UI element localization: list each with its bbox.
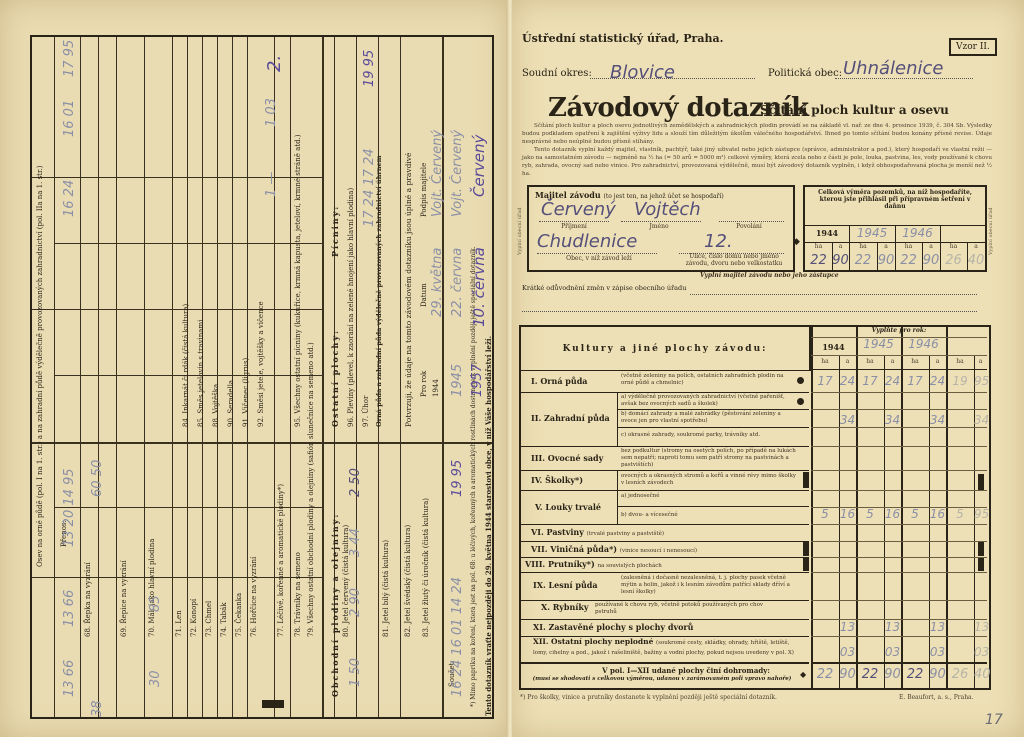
agency-name: Ústřední statistický úřad, Praha.: [522, 32, 723, 45]
row70-1945: 85: [148, 582, 163, 612]
bullet-icon: [797, 398, 804, 405]
fill-note: Vyplní majitel závodu nebo jeho zástupce: [700, 272, 839, 279]
row-69-label: 69. Řepice na vyzrání: [120, 457, 128, 637]
area-1944-a[interactable]: 90: [832, 253, 849, 268]
barren-1946-a[interactable]: 03: [929, 645, 946, 659]
carry-over-right-1957: 17 95: [62, 37, 77, 77]
meadow-b-later-ha[interactable]: 5: [946, 507, 974, 521]
owner-village[interactable]: Chudlenice: [537, 231, 637, 252]
row-81-label: 81. Jetel bílý (čistá kultura): [382, 457, 390, 637]
table-header: Kultury a jiné plochy závodu:: [521, 327, 811, 371]
table-row-meadows: V. Louky trvalé a) jednosečné b) dvou- a…: [521, 490, 809, 525]
built-1945-a[interactable]: 13: [884, 620, 901, 634]
carry-over-right-1944: 16 24: [62, 157, 77, 217]
row80a-1945: 2 90: [348, 577, 363, 617]
table-year-1945: 1945: [856, 337, 901, 351]
barren-1945-a[interactable]: 03: [884, 645, 901, 659]
built-1944-a[interactable]: 13: [839, 620, 856, 634]
form-version: Vzor II.: [949, 38, 997, 56]
row-97-label: 97. Úhor: [362, 337, 370, 427]
black-tab-marker: [262, 700, 284, 708]
area-year-1945: 1945: [849, 226, 895, 240]
black-marker: [803, 558, 809, 571]
garden-b-1945-a[interactable]: 34: [884, 413, 901, 427]
right-footnote: *) Pro školky, vinice a prutníky dostane…: [520, 694, 777, 701]
area-1946-a[interactable]: 90: [922, 253, 940, 268]
left-page: Osev na orné půdě (pol. I na 1. str.) a …: [0, 0, 508, 737]
owner-box: Majitel závodu (to jest ten, na jehož úč…: [527, 185, 795, 272]
section-other: Ostatní plochy:: [330, 297, 340, 427]
owner-first-name[interactable]: Vojtěch: [634, 199, 701, 220]
printer-credit: E. Beaufort, a. s., Praha.: [899, 694, 974, 701]
area-later-ha[interactable]: 26: [940, 253, 967, 268]
district-field[interactable]: Blovice: [590, 62, 755, 79]
meadow-b-1946-a[interactable]: 16: [929, 507, 946, 521]
row93-1945: 1 03: [264, 87, 279, 127]
area-year-1946: 1946: [895, 226, 940, 240]
arable-1944-ha[interactable]: 17: [811, 374, 839, 388]
section-industrial: Obchodní plodiny a olejniny:: [330, 457, 340, 697]
left-footnote: *) Mimo papriku na koření, která jest na…: [470, 457, 477, 707]
land-use-table: Kultury a jiné plochy závodu: Vyplňte pr…: [519, 325, 991, 690]
carry-over-1946: 13 20 14 95: [62, 477, 77, 547]
carry-over-right-1945: 16 01: [62, 77, 77, 137]
row80a-later: 2 50: [348, 457, 363, 497]
row70-1944: 30: [148, 657, 163, 687]
sum-values: 16 24 16 01 14 24: [450, 597, 465, 697]
confirm-col-signature: Podpis majitele: [420, 157, 428, 217]
arable-total-label: Orná půda a zahradní půda výdělečně prov…: [375, 237, 383, 427]
row-82-label: 82. Jetel švédský (čistá kultura): [404, 457, 412, 637]
confirm-year-3: 1957: [470, 357, 485, 397]
row-74-label: 74. Tabák: [220, 457, 228, 637]
arable-1944-a[interactable]: 24: [839, 374, 856, 388]
row-90-label: 90. Seradella: [227, 227, 235, 427]
built-later-a[interactable]: 13: [974, 620, 987, 634]
meadow-b-1944-a[interactable]: 16: [839, 507, 856, 521]
meadow-b-1945-a[interactable]: 16: [884, 507, 901, 521]
total-1946-a[interactable]: 90: [929, 667, 946, 682]
row-96-label: 96. Pleviny (plevel, k zaorání na zelené…: [347, 257, 355, 427]
confirmation-text: Potvrzuji, že údaje na tomto závodovém d…: [404, 167, 413, 427]
arable-1945-a[interactable]: 24: [884, 374, 901, 388]
section-fodder: Pícniny:: [330, 57, 340, 257]
total-1944-ha[interactable]: 22: [811, 667, 839, 682]
carry-over-1944: 13 66: [62, 637, 77, 697]
owner-surname[interactable]: Červený: [541, 199, 616, 220]
garden-b-1946-a[interactable]: 34: [929, 413, 946, 427]
area-later-a[interactable]: 40: [967, 253, 985, 268]
black-marker: [803, 472, 809, 488]
arable-later-ha[interactable]: 19: [946, 374, 974, 388]
column-header-note: Osev na orné půdě (pol. I na 1. str.) a …: [36, 447, 44, 567]
row-75-label: 75. Čekanka: [235, 457, 243, 637]
owner-house-number[interactable]: 12.: [704, 231, 733, 252]
row68a-1946: 60 50: [90, 467, 105, 497]
table-year-1944: 1944: [811, 342, 856, 352]
table-row-nurseries: IV. Školky*) ovocných a okrasných stromů…: [521, 470, 809, 491]
deadline-notice: Tento dotazník vraťte nejpozději do 29. …: [484, 36, 493, 716]
total-1946-ha[interactable]: 22: [901, 667, 929, 682]
area-1944-ha[interactable]: 22: [805, 253, 832, 268]
row-72-label: 72. Konopí: [190, 457, 198, 637]
table-row-orchards: III. Ovocné sady bez podkultur (stromy n…: [521, 446, 809, 471]
table-row-pastures: VI. Pastviny (trvalé pastviny a pastvišt…: [521, 524, 809, 542]
confirm-signature-1: Vojt. Červený: [430, 117, 445, 217]
confirm-signature-2: Vojt. Červený: [450, 117, 465, 217]
change-reason-field-2[interactable]: [522, 301, 977, 312]
row-78-label: 78. Trávníky na semeno: [294, 457, 302, 637]
street-caption: Ulice, číslo domu nebo jméno závodu, dvo…: [679, 253, 789, 267]
meadow-b-1944-ha[interactable]: 5: [811, 507, 839, 521]
total-1945-ha[interactable]: 22: [856, 667, 884, 682]
form-subtitle: Sčítání ploch kultur a osevu: [760, 103, 949, 117]
surname-caption: Příjmení: [554, 223, 594, 230]
confirm-year-1: 1944: [432, 357, 440, 397]
table-row-forest: IX. Lesní půda (zalesněná i dočasně neza…: [521, 572, 809, 601]
built-1946-a[interactable]: 13: [929, 620, 946, 634]
row-92-label: 92. Směsi jetele, vojtěšky a vičence: [257, 227, 265, 427]
row80a-1944: 1 50: [348, 647, 363, 687]
barren-1944-a[interactable]: 03: [839, 645, 856, 659]
confirm-date-2: 22. června: [450, 227, 465, 317]
black-marker: [978, 474, 984, 490]
row-95-label: 95. Všechny ostatní pícniny (kukuřice, k…: [294, 227, 302, 427]
confirm-col-date: Datum: [420, 267, 428, 307]
confirm-year-2: 1945: [450, 357, 465, 397]
row93-later: 2.: [264, 42, 285, 72]
table-total-row: V pol. I—XII udané plochy činí dohromady…: [521, 664, 809, 688]
arable-1946-a[interactable]: 24: [929, 374, 946, 388]
fill-for-year: Vyplňte pro rok:: [811, 327, 987, 334]
meadow-b-1945-ha[interactable]: 5: [856, 507, 884, 521]
row-85-label: 85. Směs jetelovin s travinami: [197, 227, 205, 427]
barren-later-a[interactable]: 03: [974, 645, 987, 659]
area-side-note: Vyplní obecní úřad: [988, 195, 994, 255]
arable-total-later: 19 95: [362, 37, 377, 87]
row-91-label: 91. Vičenec (ligrus): [242, 227, 250, 427]
table-row-vineyards: VII. Viničná půda*) (vinice nesoucí i ne…: [521, 541, 809, 558]
table-row-built-up: XI. Zastavěné plochy s plochy dvorů: [521, 619, 809, 637]
area-1946-ha[interactable]: 22: [895, 253, 922, 268]
table-row-arable: I. Orná půda (včetně zeleniny na polích,…: [521, 370, 809, 393]
total-later-a[interactable]: 40: [974, 667, 987, 682]
total-later-ha[interactable]: 26: [946, 667, 974, 682]
table-row-ponds: X. Rybníky používané k chovu ryb, včetně…: [521, 600, 809, 620]
area-1945-ha[interactable]: 22: [849, 253, 877, 268]
total-1944-a[interactable]: 90: [839, 667, 856, 682]
diamond-marker: ◆: [800, 670, 806, 679]
municipality-field[interactable]: Uhná­lenice: [835, 58, 973, 79]
village-caption: Obec, v níž závod leží: [544, 255, 654, 262]
row-71-label: 71. Len: [175, 457, 183, 637]
row80a-1946: 3 44: [348, 517, 363, 557]
arable-later-a[interactable]: 95: [974, 374, 987, 388]
row-73-label: 73. Chmel: [205, 457, 213, 637]
district-label: Soudní okres:: [522, 68, 592, 79]
row-77-label: 77. Léčivé, kořenné a aromatické plodiny…: [277, 457, 285, 637]
arable-total-1944-45: 17 24 17 24: [362, 157, 377, 227]
arable-1946-ha[interactable]: 17: [901, 374, 929, 388]
change-reason: Krátké odůvodnění změn v zápise obecního…: [522, 284, 977, 312]
bullet-icon: [797, 377, 804, 384]
meadow-b-1946-ha[interactable]: 5: [901, 507, 929, 521]
occupation-caption: Povolání: [729, 223, 769, 230]
row-79-label: 79. Všechny ostatní obchodní plodiny a o…: [307, 457, 315, 637]
table-row-barren: XII. Ostatní plochy neplodné (soukromé c…: [521, 636, 809, 664]
first-name-caption: Jméno: [639, 223, 679, 230]
row-84-label: 84. Inkarnát či rdák (čistá kultura): [182, 227, 190, 427]
owner-side-note: Vyplní obecní úřad: [517, 195, 523, 255]
row-83-label: 83. Jetel žlutý či úročník (čistá kultur…: [422, 457, 430, 637]
area-year-1944: 1944: [805, 228, 849, 238]
change-reason-field[interactable]: [690, 284, 977, 295]
row93-1944: 1 —: [264, 157, 279, 197]
black-marker: [978, 542, 984, 556]
garden-b-1944-a[interactable]: 34: [839, 413, 856, 427]
total-area-box: Celková výměra pozemků, na níž hospodaří…: [803, 185, 987, 272]
table-row-osier: VIII. Prutníky*) na souvislých plochách: [521, 557, 809, 573]
total-1945-a[interactable]: 90: [884, 667, 901, 682]
municipality-label: Politická obec:: [768, 68, 842, 79]
sum-later: 19 95: [450, 457, 465, 497]
diamond-marker: ◆: [793, 237, 800, 247]
garden-b-later-a[interactable]: 34: [974, 413, 987, 427]
meadow-b-later-a[interactable]: 95: [974, 507, 987, 521]
crop-table: Osev na orné půdě (pol. I na 1. str.) a …: [30, 35, 494, 719]
table-row-garden: II. Zahradní půda a) výdělečně provozova…: [521, 392, 809, 447]
confirm-col-year: Pro rok: [420, 357, 428, 397]
table-year-1946: 1946: [901, 337, 946, 351]
black-marker: [978, 558, 984, 571]
black-marker: [803, 542, 809, 556]
intro-text: Sčítání ploch kultur a ploch osevu jedno…: [522, 122, 992, 178]
row-88-label: 88. Vojtěška: [212, 227, 220, 427]
row-76-label: 76. Hořčice na vyzrání: [250, 457, 258, 637]
page-number: 17: [985, 712, 1003, 728]
confirm-date-1: 29. května: [430, 227, 445, 317]
row68a-1944: 38: [90, 687, 105, 717]
arable-1945-ha[interactable]: 17: [856, 374, 884, 388]
area-1945-a[interactable]: 90: [877, 253, 895, 268]
carry-over-1945: 13 66: [62, 567, 77, 627]
area-box-title: Celková výměra pozemků, na níž hospodaří…: [809, 189, 981, 210]
